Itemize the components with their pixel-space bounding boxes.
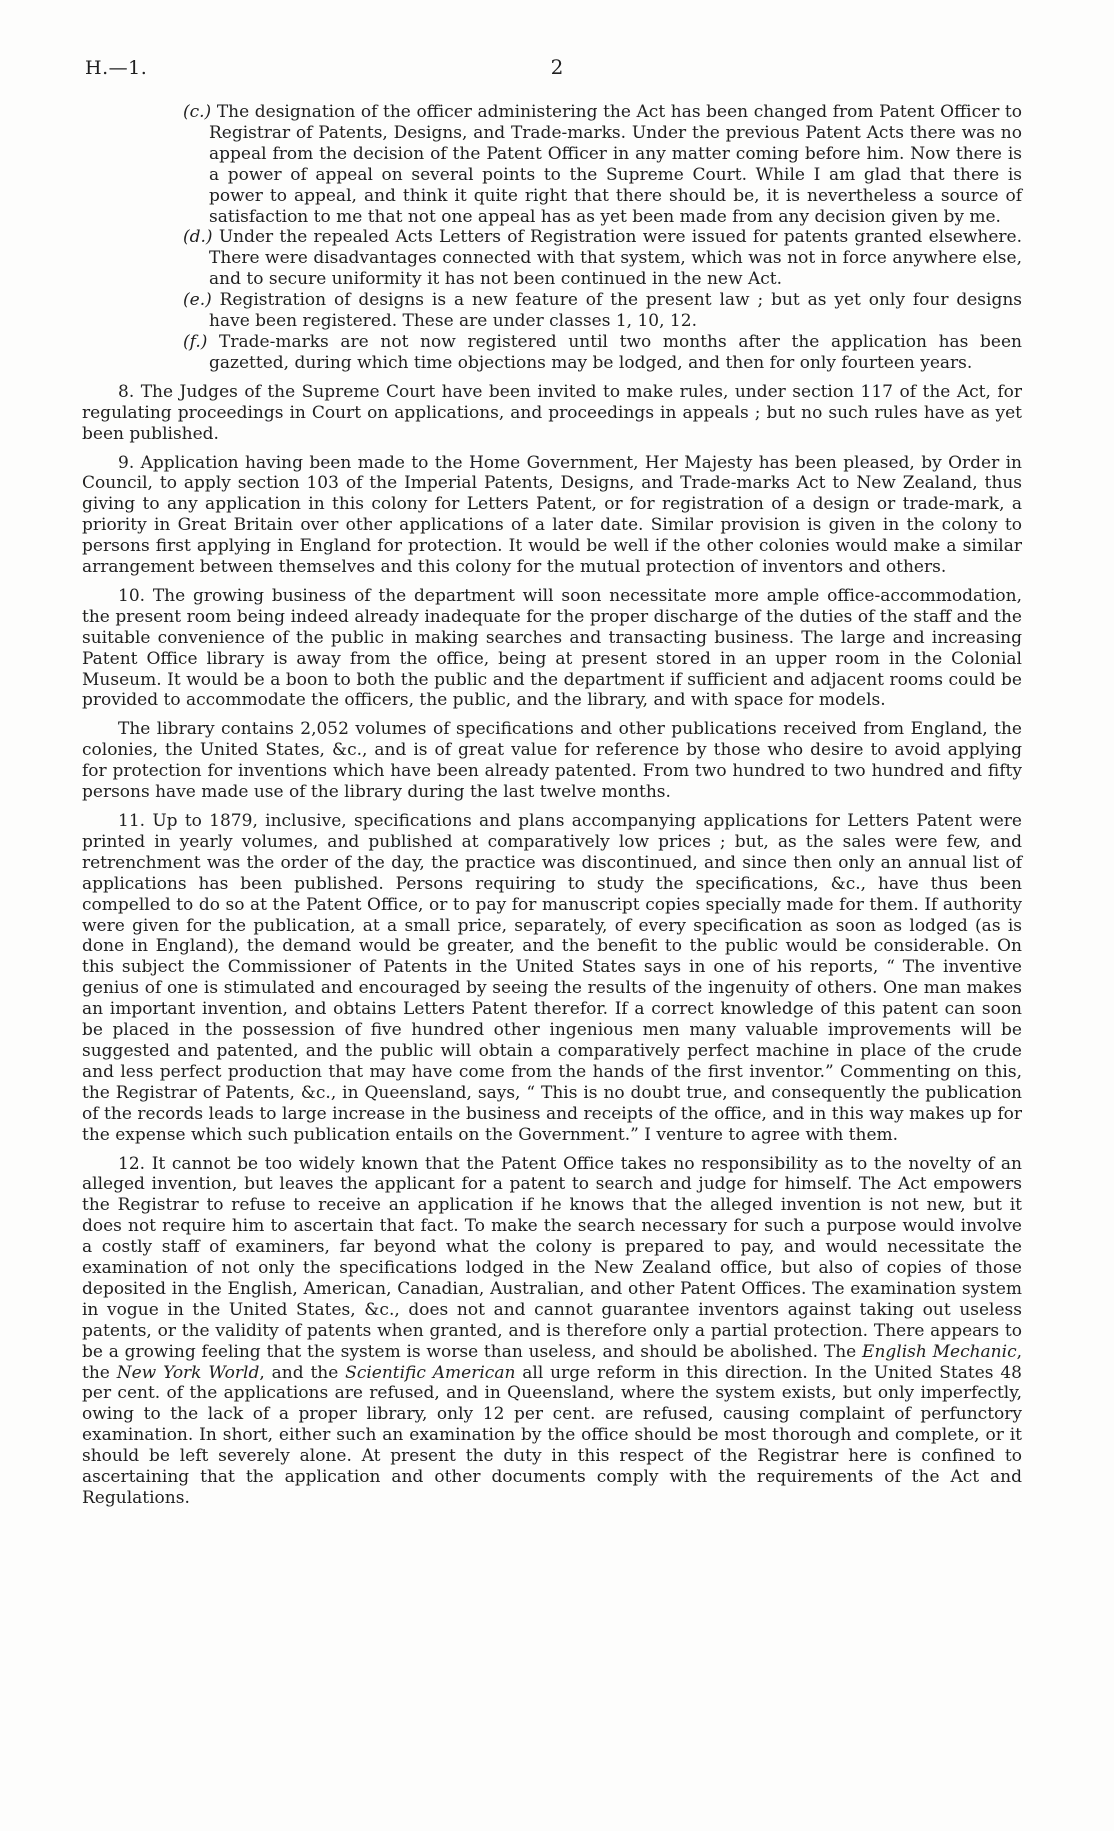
periodical-scientific-american: Scientific American — [345, 1363, 515, 1383]
periodical-new-york-world: New York World — [117, 1363, 260, 1383]
paragraph-12-text: 12. It cannot be too widely known that t… — [82, 1154, 1022, 1362]
item-text-c: The designation of the officer administe… — [209, 102, 1022, 227]
item-text-f: Trade-marks are not now registered until… — [209, 332, 1022, 373]
paragraph-library: The library contains 2,052 volumes of sp… — [82, 719, 1022, 803]
paragraph-12-text: all urge reform in this direction. In th… — [82, 1363, 1022, 1508]
document-page: H.—1. 2 (c.) The designation of the offi… — [0, 0, 1114, 1831]
lettered-item-f: (f.) Trade-marks are not now registered … — [82, 332, 1022, 374]
item-label-c: (c.) — [183, 102, 211, 122]
item-label-e: (e.) — [183, 290, 212, 310]
item-text-d: Under the repealed Acts Letters of Regis… — [209, 227, 1022, 289]
paragraph-8: 8. The Judges of the Supreme Court have … — [82, 382, 1022, 445]
item-text-e: Registration of designs is a new feature… — [209, 290, 1022, 331]
page-number: 2 — [0, 55, 1114, 79]
page-body: (c.) The designation of the officer admi… — [0, 102, 1114, 1509]
paragraph-11: 11. Up to 1879, inclusive, specification… — [82, 811, 1022, 1146]
item-label-d: (d.) — [183, 227, 213, 247]
paragraph-9: 9. Application having been made to the H… — [82, 453, 1022, 578]
paragraph-12: 12. It cannot be too widely known that t… — [82, 1154, 1022, 1509]
item-label-f: (f.) — [183, 332, 207, 352]
paragraph-12-text: , and the — [259, 1363, 345, 1383]
lettered-item-c: (c.) The designation of the officer admi… — [82, 102, 1022, 227]
lettered-item-e: (e.) Registration of designs is a new fe… — [82, 290, 1022, 332]
lettered-item-d: (d.) Under the repealed Acts Letters of … — [82, 227, 1022, 290]
periodical-english-mechanic: English Mechanic — [862, 1342, 1017, 1362]
paragraph-10: 10. The growing business of the departme… — [82, 586, 1022, 711]
